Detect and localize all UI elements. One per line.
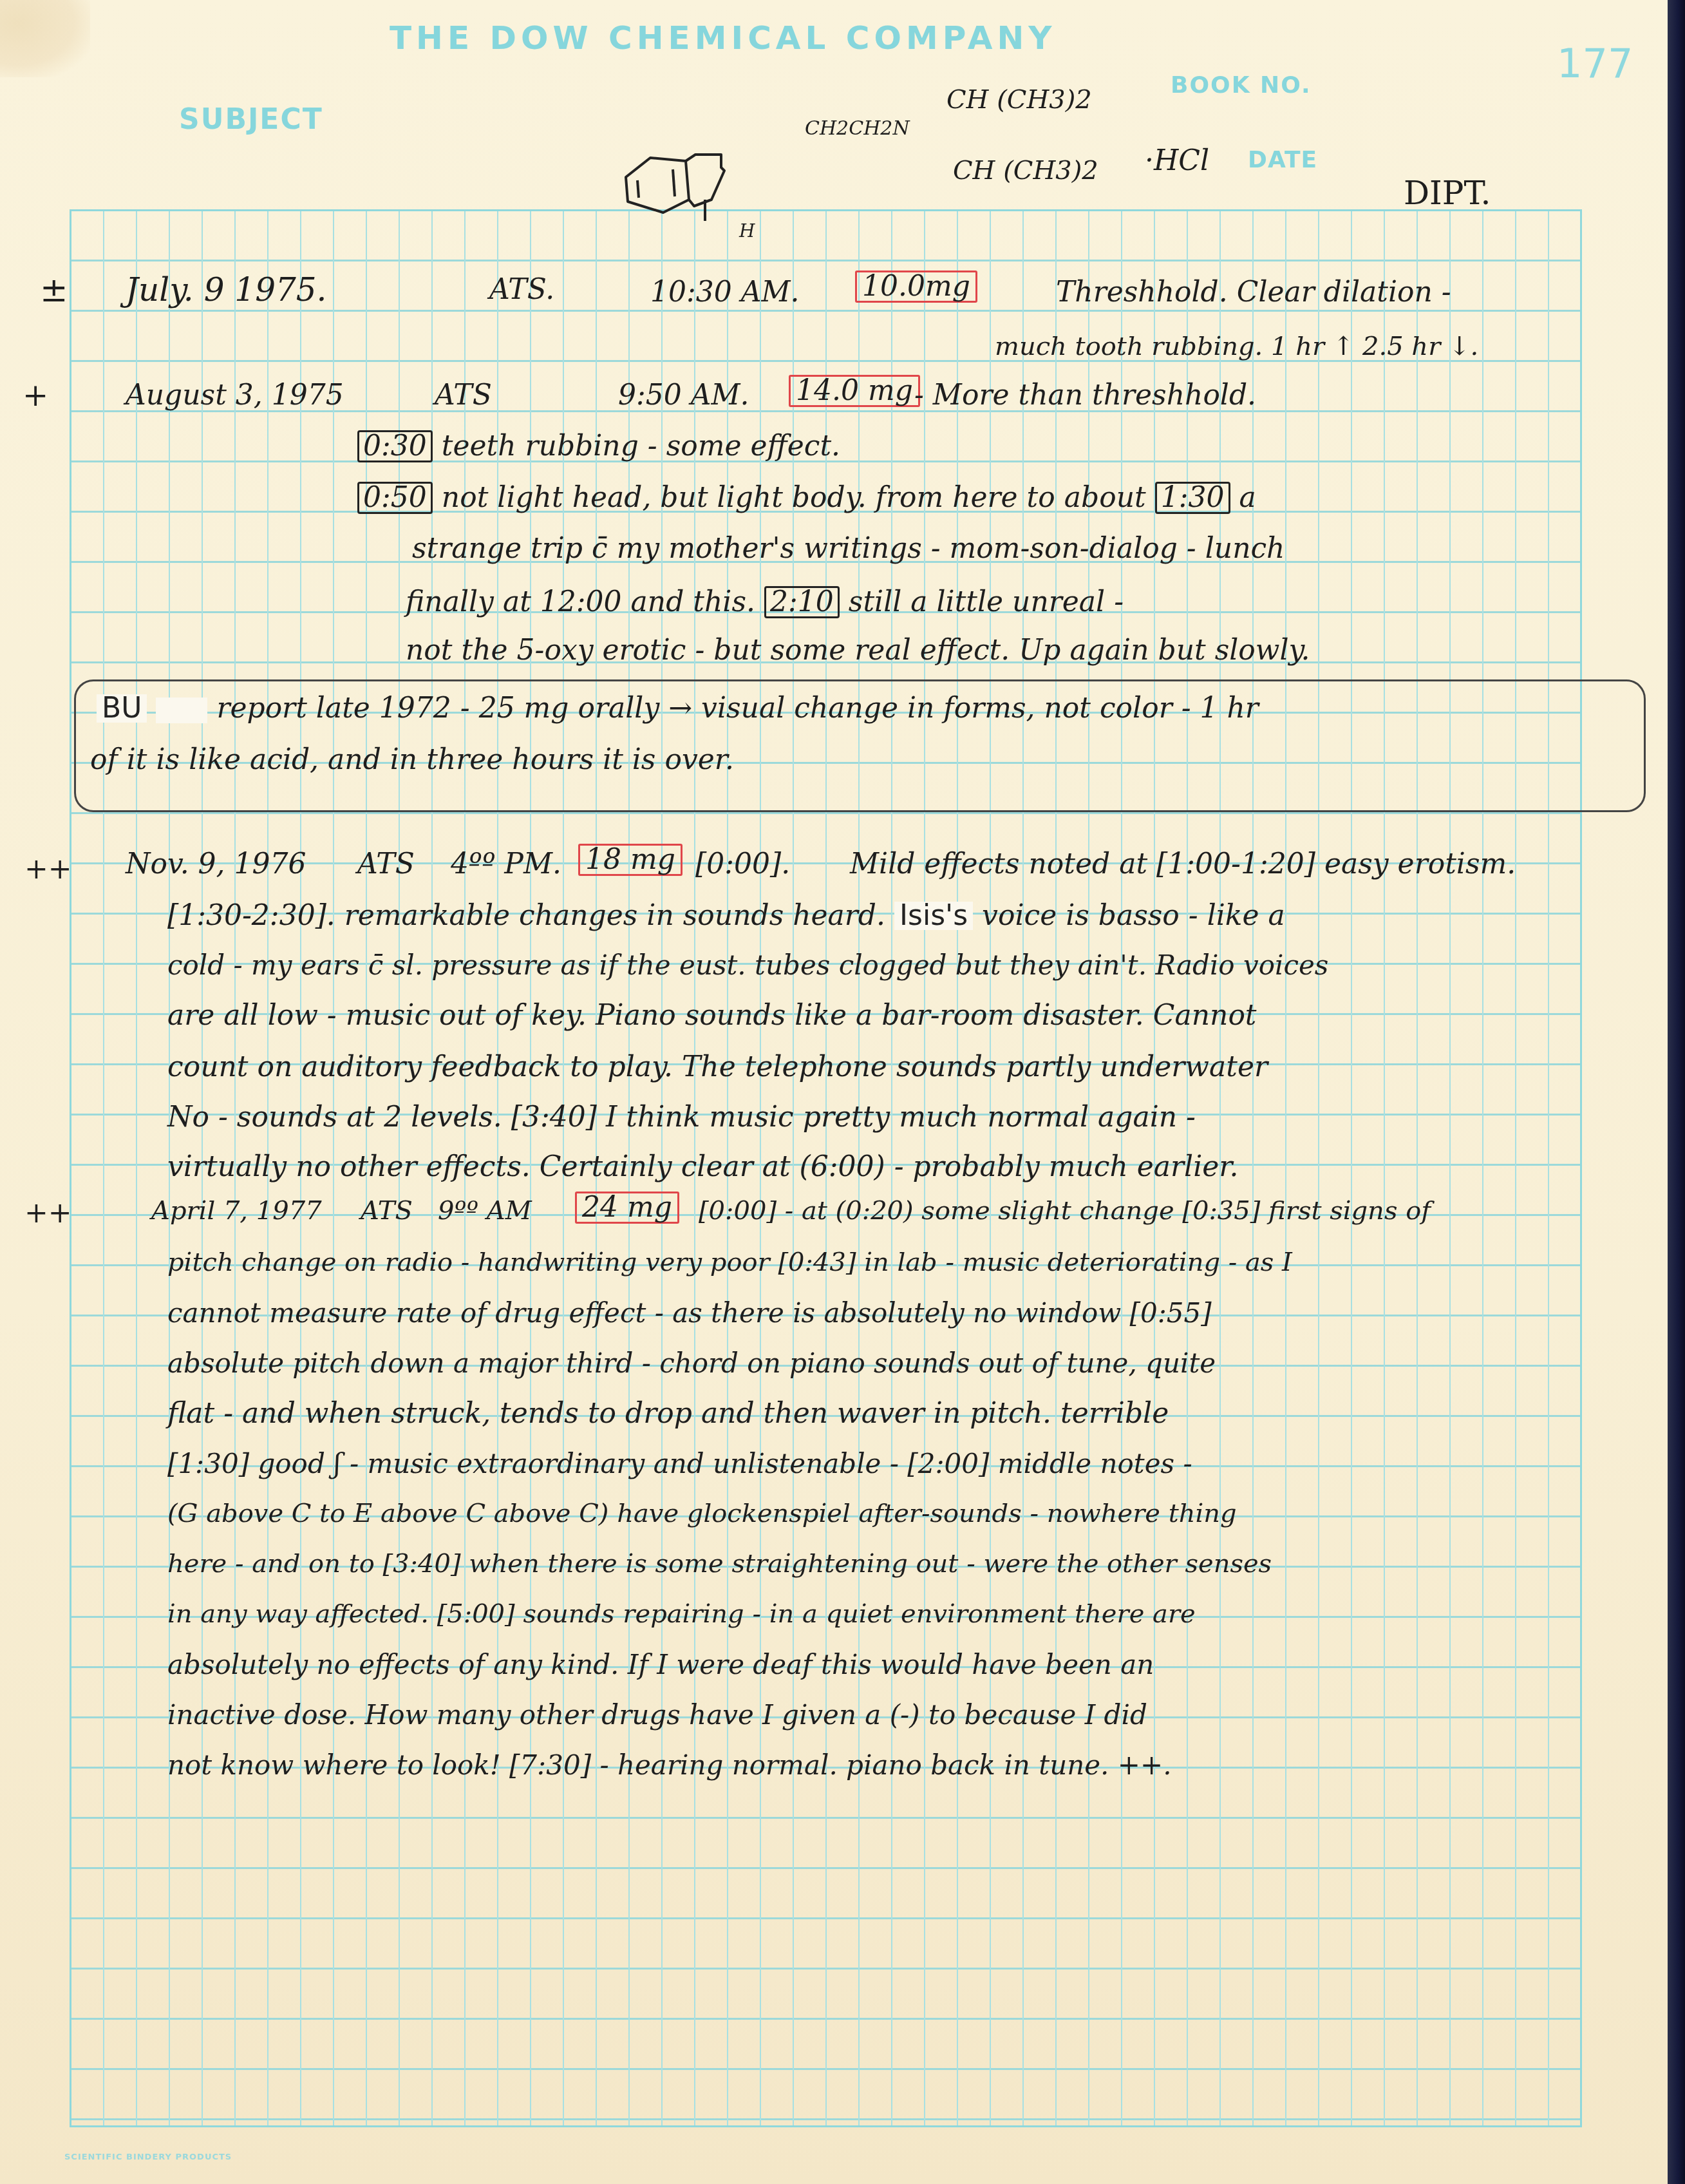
entry-line: cannot measure rate of drug effect - as … bbox=[167, 1300, 1212, 1327]
company-header: THE DOW CHEMICAL COMPANY bbox=[390, 19, 1057, 57]
entry-line: much tooth rubbing. 1 hr ↑ 2.5 hr ↓. bbox=[995, 334, 1478, 359]
entry-line: cold - my ears c̄ sl. pressure as if the… bbox=[167, 952, 1328, 979]
entry-route: ATS bbox=[435, 381, 492, 410]
subject-label: SUBJECT bbox=[179, 103, 323, 136]
entry-line: inactive dose. How many other drugs have… bbox=[167, 1702, 1147, 1729]
dose-box: 18 mg bbox=[578, 844, 682, 876]
entry-line: absolute pitch down a major third - chor… bbox=[167, 1350, 1216, 1377]
entry-time: 9:50 AM. bbox=[618, 381, 749, 410]
entry-route: ATS. bbox=[489, 276, 554, 304]
note-text: voice is basso - like a bbox=[982, 899, 1285, 932]
dose-box: 24 mg bbox=[575, 1192, 679, 1224]
entry-dose: 24 mg bbox=[575, 1192, 679, 1224]
note-text: finally at 12:00 and this. bbox=[406, 585, 755, 618]
date-label: DATE bbox=[1248, 147, 1317, 173]
entry-route: ATS bbox=[361, 1198, 413, 1224]
bracket-note-line: BU report late 1972 - 25 mg orally → vis… bbox=[97, 694, 1259, 723]
timed-note: 0:50 not light head, but light body. fro… bbox=[357, 482, 1256, 514]
entry-line: here - and on to [3:40] when there is so… bbox=[167, 1551, 1272, 1577]
entry-line: pitch change on radio - handwriting very… bbox=[167, 1249, 1292, 1275]
entry-date: April 7, 1977 bbox=[151, 1198, 322, 1224]
entry-line: in any way affected. [5:00] sounds repai… bbox=[167, 1601, 1196, 1627]
entry-date: July. 9 1975. bbox=[126, 274, 326, 306]
time-box: 2:10 bbox=[764, 586, 840, 618]
dose-box: 10.0mg bbox=[855, 271, 977, 303]
paper-stain bbox=[0, 0, 90, 77]
book-no-label: BOOK NO. bbox=[1171, 72, 1312, 99]
entry-line: No - sounds at 2 levels. [3:40] I think … bbox=[167, 1103, 1196, 1132]
time-box: 0:30 bbox=[357, 430, 433, 462]
compound-salt: ·HCl bbox=[1145, 147, 1209, 175]
entry-dose: 14.0 mg bbox=[789, 375, 920, 407]
initials: BU bbox=[97, 694, 147, 723]
entry-line: not know where to look! [7:30] - hearing… bbox=[167, 1752, 1172, 1779]
dose-box: 14.0 mg bbox=[789, 375, 920, 407]
time-box: 1:30 bbox=[1155, 482, 1230, 514]
page-number: 177 bbox=[1557, 40, 1633, 87]
entry-line: Threshhold. Clear dilation - bbox=[1056, 278, 1451, 307]
entry-line: [1:30] good ʃ - music extraordinary and … bbox=[167, 1450, 1192, 1477]
entry-time: 4ºº PM. bbox=[451, 850, 561, 878]
bracket-note-line: of it is like acid, and in three hours i… bbox=[90, 746, 734, 774]
entry-dose: 10.0mg bbox=[855, 271, 977, 303]
entry-line: strange trip c̄ my mother's writings - m… bbox=[412, 535, 1285, 563]
entry-line: not the 5-oxy erotic - but some real eff… bbox=[406, 636, 1310, 665]
chemical-structure bbox=[618, 126, 805, 235]
entry-line: [1:30-2:30]. remarkable changes in sound… bbox=[167, 902, 1285, 930]
entry-start: [0:00]. bbox=[695, 850, 790, 878]
entry-line: (G above C to E above C above C) have gl… bbox=[167, 1501, 1237, 1526]
entry-time: 10:30 AM. bbox=[650, 278, 800, 307]
entry-route: ATS bbox=[357, 850, 415, 878]
entry-time: 9ºº AM bbox=[438, 1198, 532, 1224]
entry-date: Nov. 9, 1976 bbox=[126, 850, 306, 878]
compound-chain: CH2CH2N bbox=[805, 119, 910, 138]
note-text: report late 1972 - 25 mg orally → visual… bbox=[216, 692, 1258, 725]
redacted-area bbox=[156, 698, 207, 723]
redacted-name: Isis's bbox=[894, 902, 973, 930]
entry-marker: ++ bbox=[24, 855, 72, 884]
footer-imprint: SCIENTIFIC BINDERY PRODUCTS bbox=[64, 2152, 232, 2162]
entry-line: count on auditory feedback to play. The … bbox=[167, 1053, 1268, 1081]
note-text: a bbox=[1239, 481, 1256, 514]
ring-nh-label: H bbox=[739, 222, 755, 240]
entry-line: [0:00] - at (0:20) some slight change [0… bbox=[699, 1198, 1431, 1224]
entry-dose: 18 mg bbox=[578, 844, 682, 876]
entry-line: virtually no other effects. Certainly cl… bbox=[167, 1153, 1238, 1181]
note-text: not light head, but light body. from her… bbox=[442, 481, 1146, 514]
entry-marker: ++ bbox=[24, 1199, 72, 1228]
entry-line: finally at 12:00 and this. 2:10 still a … bbox=[406, 586, 1124, 618]
note-text: [1:30-2:30]. remarkable changes in sound… bbox=[167, 899, 885, 932]
compound-branch-top: CH (CH3)2 bbox=[946, 87, 1092, 113]
entry-line: flat - and when struck, tends to drop an… bbox=[167, 1400, 1169, 1428]
indole-ring-icon bbox=[618, 126, 805, 235]
binding-edge bbox=[1668, 0, 1685, 2184]
entry-line: absolutely no effects of any kind. If I … bbox=[167, 1651, 1154, 1678]
entry-line: Mild effects noted at [1:00-1:20] easy e… bbox=[850, 850, 1516, 878]
entry-date: August 3, 1975 bbox=[126, 381, 344, 410]
timed-note: 0:30 teeth rubbing - some effect. bbox=[357, 430, 840, 462]
note-text: teeth rubbing - some effect. bbox=[442, 430, 840, 462]
entry-line: are all low - music out of key. Piano so… bbox=[167, 1002, 1257, 1030]
entry-summary: - More than threshhold. bbox=[914, 381, 1256, 410]
compound-name: DIPT. bbox=[1404, 177, 1491, 209]
compound-branch-bottom: CH (CH3)2 bbox=[953, 158, 1098, 184]
time-box: 0:50 bbox=[357, 482, 433, 514]
entry-marker: ± bbox=[40, 274, 68, 307]
entry-marker: + bbox=[23, 380, 48, 411]
note-text: still a little unreal - bbox=[849, 585, 1124, 618]
